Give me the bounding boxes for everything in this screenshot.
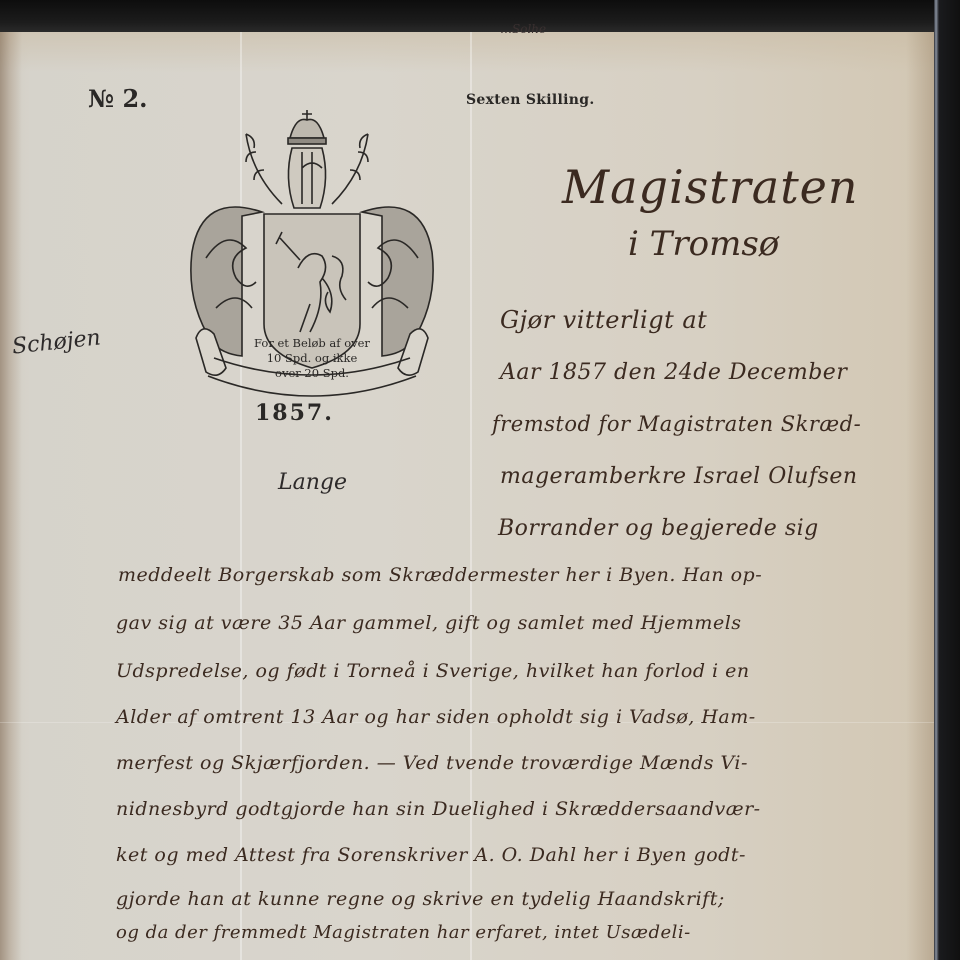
body-text-line: meddeelt Borgerskab som Skræddermester h…: [118, 564, 762, 586]
paper-fold-line: [470, 32, 472, 960]
body-text-line: gav sig at være 35 Aar gammel, gift og s…: [116, 612, 742, 634]
body-text-line: Aar 1857 den 24de December: [500, 360, 847, 385]
document-heading: Magistraten: [562, 160, 859, 214]
margin-note: Lange: [278, 470, 347, 495]
picture-frame-top: [0, 0, 960, 32]
body-text-line: Alder af omtrent 13 Aar og har siden oph…: [116, 706, 756, 728]
document-subheading: i Tromsø: [628, 224, 779, 264]
stamp-value-line: over 20 Spd.: [218, 366, 406, 381]
top-margin-scribble: …Solhe: [500, 22, 546, 36]
picture-frame-right: [934, 0, 960, 960]
body-text-line: nidnesbyrd godtgjorde han sin Duelighed …: [116, 798, 761, 820]
body-text-line: Borrander og begjerede sig: [498, 516, 819, 541]
stamp-value-text: For et Beløb af over 10 Spd. og ikke ove…: [218, 336, 406, 381]
body-text-line: Udspredelse, og født i Torneå i Sverige,…: [116, 660, 750, 682]
body-text-line: fremstod for Magistraten Skræd-: [492, 412, 861, 436]
stamp-value-line: 10 Spd. og ikke: [218, 351, 406, 366]
stamp-denomination: Sexten Skilling.: [466, 92, 595, 108]
body-text-line: mageramberkre Israel Olufsen: [500, 464, 858, 489]
body-text-line: Gjør vitterligt at: [500, 306, 707, 334]
body-text-line: og da der fremmedt Magistraten har erfar…: [116, 922, 691, 943]
body-text-line: merfest og Skjærfjorden. — Ved tvende tr…: [116, 752, 748, 774]
stamp-year: 1857.: [255, 400, 334, 426]
body-text-line: gjorde han at kunne regne og skrive en t…: [116, 888, 725, 910]
document-number: № 2.: [88, 84, 148, 113]
stamp-value-line: For et Beløb af over: [218, 336, 406, 351]
body-text-line: ket og med Attest fra Sorenskriver A. O.…: [116, 844, 746, 866]
